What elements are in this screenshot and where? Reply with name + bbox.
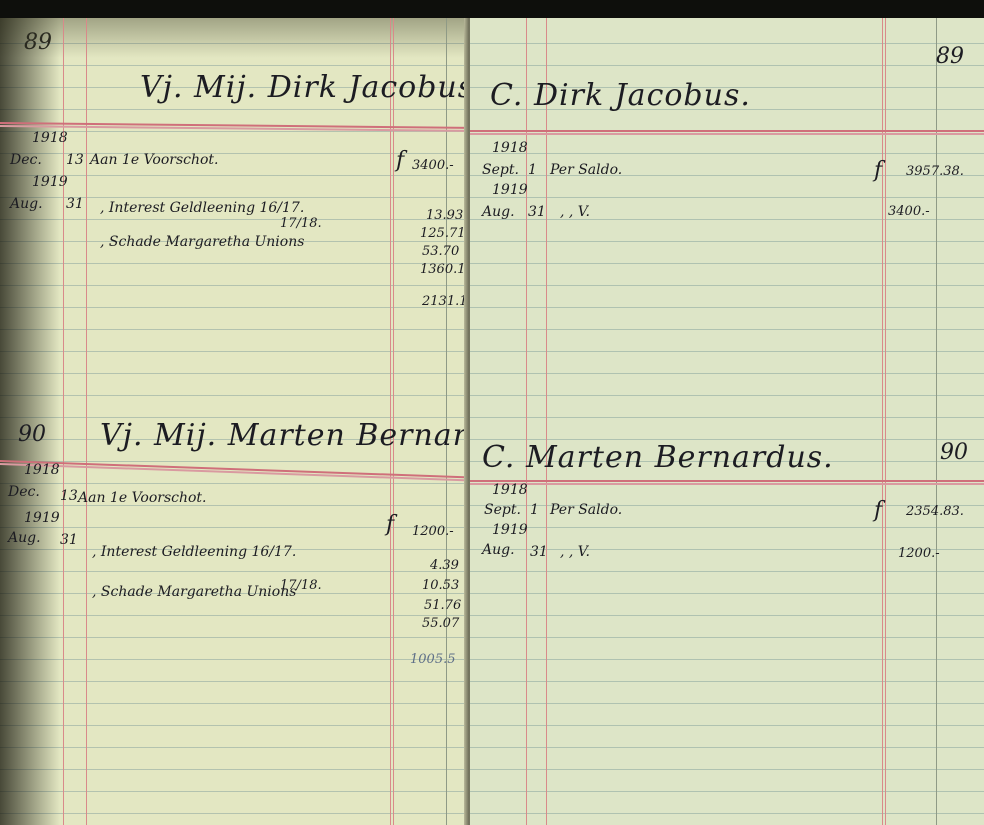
entry-description: , Interest Geldleening 16/17. <box>100 200 304 216</box>
guilder-sign: f <box>874 158 882 183</box>
entry-amount: 13.93 <box>426 208 463 223</box>
account-total: 1005.5 <box>410 652 456 667</box>
header-rule <box>470 480 984 482</box>
entry-year: 1918 <box>24 462 60 478</box>
entry-description: Per Saldo. <box>550 162 622 178</box>
entry-amount: 53.70 <box>422 244 459 259</box>
entry-amount: 1360.15 <box>420 262 468 277</box>
guilder-sign: f <box>386 512 394 537</box>
entry-month: Aug. <box>8 530 41 546</box>
account-title: Vj. Mij. Dirk Jacobus. <box>140 70 468 105</box>
guilder-sign: f <box>874 498 882 523</box>
header-rule <box>470 130 984 132</box>
amount-column-rule <box>882 18 883 825</box>
entry-month: Aug. <box>482 204 515 220</box>
entry-amount: 125.71 <box>420 226 466 241</box>
entry-day: 1 <box>530 502 539 518</box>
entry-year: 1918 <box>32 130 68 146</box>
entry-description: Aan 1e Voorschot. <box>78 490 207 506</box>
entry-description: , , V. <box>560 544 590 560</box>
entry-day: 13 <box>66 152 84 168</box>
entry-description: , Schade Margaretha Unions <box>100 234 304 250</box>
entry-note: 17/18. <box>280 216 322 231</box>
entry-month: Sept. <box>484 502 521 518</box>
entry-day: 31 <box>528 204 546 220</box>
entry-amount: 4.39 <box>430 558 459 573</box>
entry-amount: 1200.- <box>412 524 454 539</box>
entry-day: 1 <box>528 162 537 178</box>
entry-month: Aug. <box>482 542 515 558</box>
page-number: 89 <box>936 44 964 69</box>
entry-description: Per Saldo. <box>550 502 622 518</box>
entry-day: 31 <box>60 532 78 548</box>
entry-description: , Interest Geldleening 16/17. <box>92 544 296 560</box>
entry-month: Dec. <box>10 152 42 168</box>
entry-year: 1918 <box>492 482 528 498</box>
entry-description: , Schade Margaretha Unions <box>92 584 296 600</box>
entry-amount: 10.53 <box>422 578 459 593</box>
entry-amount: 3400.- <box>412 158 454 173</box>
entry-amount: 1200.- <box>898 546 940 561</box>
guilder-sign: f <box>396 148 404 173</box>
entry-description: Aan 1e Voorschot. <box>90 152 219 168</box>
entry-amount: 2354.83. <box>906 504 964 519</box>
account-folio: 90 <box>940 440 968 465</box>
entry-month: Dec. <box>8 484 40 500</box>
entry-day: 31 <box>530 544 548 560</box>
header-rule <box>0 122 468 129</box>
entry-year: 1919 <box>24 510 60 526</box>
page-shadow-top <box>0 18 468 58</box>
entry-year: 1918 <box>492 140 528 156</box>
entry-year: 1919 <box>492 522 528 538</box>
account-total: 2131.15 <box>422 294 468 309</box>
ledger-right-page: 89 C. Dirk Jacobus. 1918 Sept. 1 Per Sal… <box>470 18 984 825</box>
entry-day: 31 <box>66 196 84 212</box>
account-folio: 90 <box>18 422 46 447</box>
entry-month: Sept. <box>482 162 519 178</box>
account-title: Vj. Mij. Marten Bernardus. <box>100 418 468 453</box>
entry-amount: 55.07 <box>422 616 459 631</box>
ledger-left-page: 89 Vj. Mij. Dirk Jacobus. 1918 Dec. 13 A… <box>0 18 468 825</box>
day-column-rule <box>546 18 547 825</box>
entry-amount: 3957.38. <box>906 164 964 179</box>
header-rule <box>0 460 468 478</box>
day-column-rule <box>86 18 87 825</box>
account-title: C. Marten Bernardus. <box>482 440 834 475</box>
corner-page-number: 89 <box>24 30 52 55</box>
entry-year: 1919 <box>32 174 68 190</box>
entry-description: , , V. <box>560 204 590 220</box>
entry-day: 13 <box>60 488 78 504</box>
account-title: C. Dirk Jacobus. <box>490 78 751 113</box>
entry-amount: 51.76 <box>424 598 461 613</box>
entry-month: Aug. <box>10 196 43 212</box>
entry-year: 1919 <box>492 182 528 198</box>
entry-amount: 3400.- <box>888 204 930 219</box>
cents-column-rule <box>936 18 937 825</box>
